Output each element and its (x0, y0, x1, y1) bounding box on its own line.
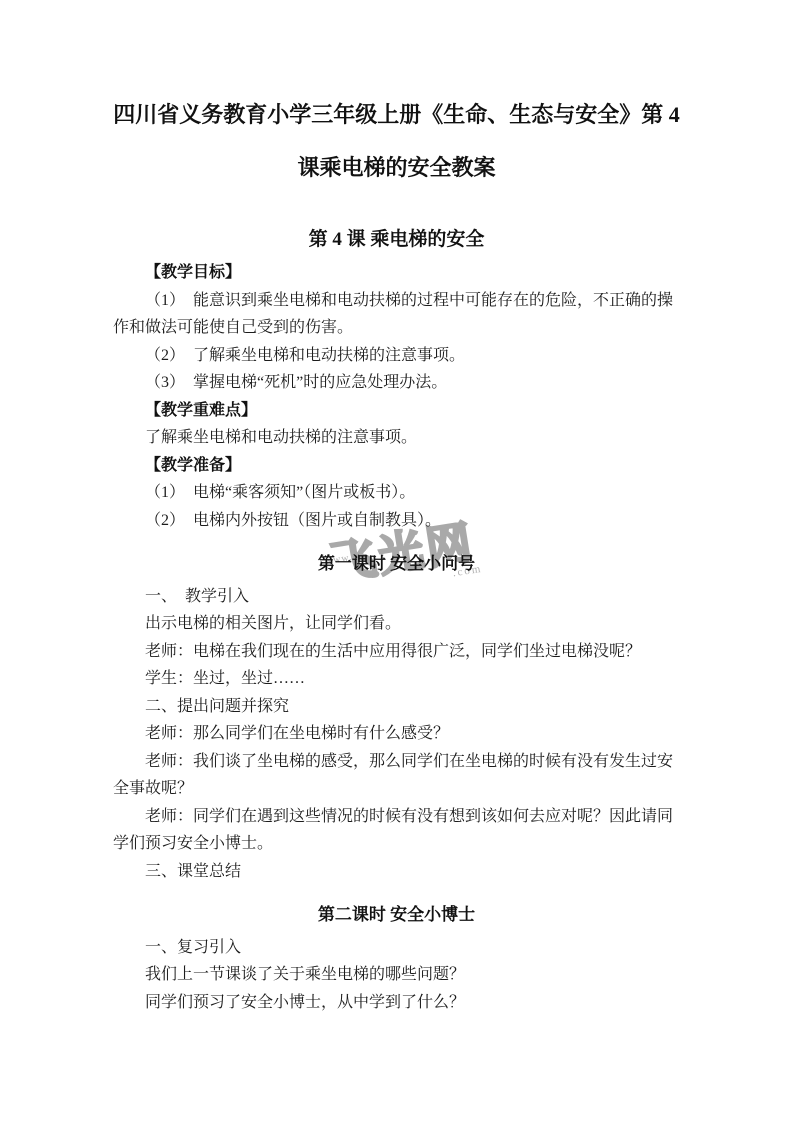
objectives-item-1: （1） 能意识到乘坐电梯和电动扶梯的过程中可能存在的危险，不正确的操作和做法可能… (113, 287, 680, 342)
document-title-line-1: 四川省义务教育小学三年级上册《生命、生态与安全》第 4 (113, 88, 680, 141)
session1-line-3: 老师：电梯在我们现在的生活中应用得很广泛，同学们坐过电梯没呢？ (113, 638, 680, 666)
document-page: www. 飞光网 .com 四川省义务教育小学三年级上册《生命、生态与安全》第 … (0, 0, 793, 1122)
session1-line-5: 二、提出问题并探究 (113, 693, 680, 721)
preparation-item-2: （2） 电梯内外按钮（图片或自制教具）。 (113, 507, 680, 535)
session2-heading: 第二课时 安全小博士 (113, 901, 680, 929)
session1-line-2: 出示电梯的相关图片，让同学们看。 (113, 610, 680, 638)
preparation-heading: 【教学准备】 (113, 452, 680, 480)
session1-line-8: 老师：同学们在遇到这些情况的时候有没有想到该如何去应对呢？因此请同学们预习安全小… (113, 803, 680, 858)
preparation-item-1: （1） 电梯“乘客须知”（图片或板书）。 (113, 479, 680, 507)
document-content: 四川省义务教育小学三年级上册《生命、生态与安全》第 4 课乘电梯的安全教案 第 … (113, 88, 680, 1016)
session1-heading: 第一课时 安全小问号 (113, 550, 680, 578)
session2-line-3: 同学们预习了安全小博士，从中学到了什么？ (113, 989, 680, 1017)
objectives-item-3: （3） 掌握电梯“死机”时的应急处理办法。 (113, 369, 680, 397)
session1-line-4: 学生：坐过，坐过…… (113, 665, 680, 693)
session1-line-9: 三、课堂总结 (113, 858, 680, 886)
session2-line-1: 一、复习引入 (113, 934, 680, 962)
objectives-item-2: （2） 了解乘坐电梯和电动扶梯的注意事项。 (113, 342, 680, 370)
document-title: 四川省义务教育小学三年级上册《生命、生态与安全》第 4 课乘电梯的安全教案 (113, 88, 680, 194)
session2-line-2: 我们上一节课谈了关于乘坐电梯的哪些问题？ (113, 961, 680, 989)
lesson-heading: 第 4 课 乘电梯的安全 (113, 226, 680, 253)
key-points-heading: 【教学重难点】 (113, 397, 680, 425)
session1-line-1: 一、 教学引入 (113, 583, 680, 611)
document-title-line-2: 课乘电梯的安全教案 (113, 141, 680, 194)
session1-line-6: 老师：那么同学们在坐电梯时有什么感受？ (113, 720, 680, 748)
key-points-body: 了解乘坐电梯和电动扶梯的注意事项。 (113, 424, 680, 452)
session1-line-7: 老师：我们谈了坐电梯的感受，那么同学们在坐电梯的时候有没有发生过安全事故呢？ (113, 748, 680, 803)
objectives-heading: 【教学目标】 (113, 259, 680, 287)
